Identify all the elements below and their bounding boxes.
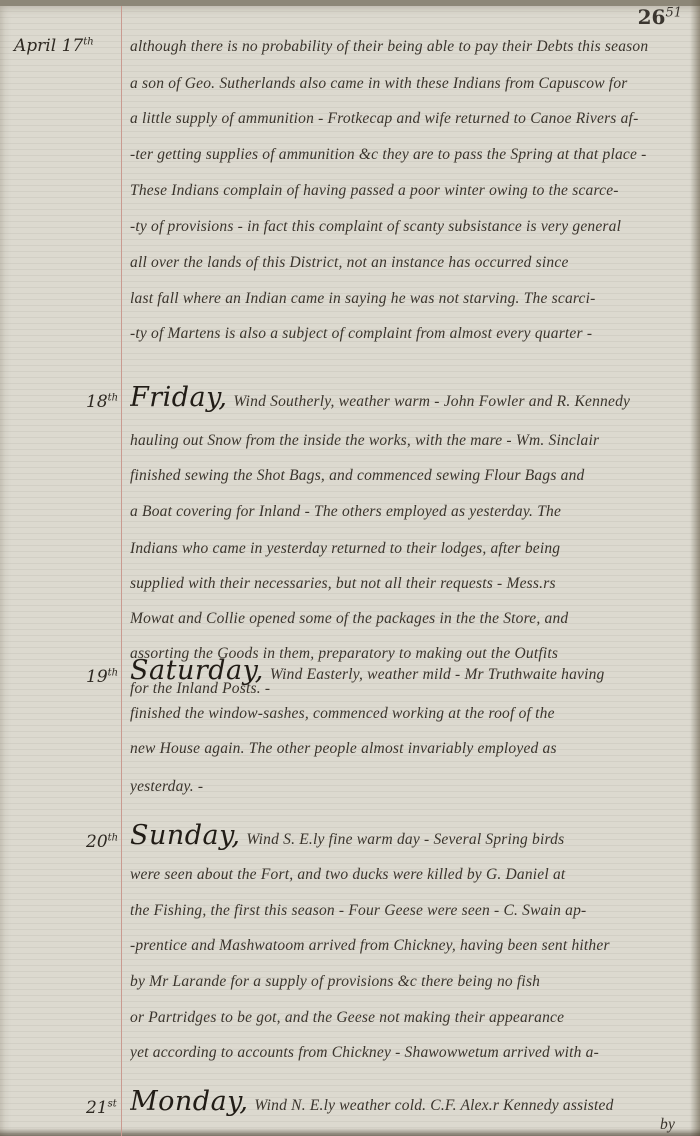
entry-line: by xyxy=(660,1116,700,1134)
entry-line: Indians who came in yesterday returned t… xyxy=(130,540,692,558)
entry-line: by Mr Larande for a supply of provisions… xyxy=(130,973,692,991)
entry-line: -ter getting supplies of ammunition &c t… xyxy=(130,146,692,164)
entry-line: new House again. The other people almost… xyxy=(130,740,692,758)
day-heading: Saturday, xyxy=(130,655,264,686)
entry-line: or Partridges to be got, and the Geese n… xyxy=(130,1009,692,1027)
entry-line: Saturday,Wind Easterly, weather mild - M… xyxy=(130,655,692,686)
entry-line: -ty of provisions - in fact this complai… xyxy=(130,218,692,236)
entry-date-20: 20th xyxy=(86,832,118,852)
entry-line: although there is no probability of thei… xyxy=(130,38,692,56)
entry-date-19: 19th xyxy=(86,667,118,687)
entry-line: -prentice and Mashwatoom arrived from Ch… xyxy=(130,937,692,955)
entry-line: yet according to accounts from Chickney … xyxy=(130,1044,692,1062)
entry-line: the Fishing, the first this season - Fou… xyxy=(130,902,692,920)
entry-line: Sunday,Wind S. E.ly fine warm day - Seve… xyxy=(130,820,692,851)
day-heading: Monday, xyxy=(130,1086,248,1117)
entry-date-apr17: April 17th xyxy=(14,36,94,56)
entry-line: a Boat covering for Inland - The others … xyxy=(130,503,692,521)
entry-line: Mowat and Collie opened some of the pack… xyxy=(130,610,692,628)
page-top-edge xyxy=(0,0,700,6)
entry-date-21: 21st xyxy=(86,1098,117,1118)
page-number-sup: 51 xyxy=(665,5,682,20)
day-heading: Sunday, xyxy=(130,820,240,851)
entry-date-18: 18th xyxy=(86,392,118,412)
entry-line: finished sewing the Shot Bags, and comme… xyxy=(130,467,692,485)
entry-line: Friday,Wind Southerly, weather warm - Jo… xyxy=(130,382,692,413)
entry-line: all over the lands of this District, not… xyxy=(130,254,692,272)
entry-line: These Indians complain of having passed … xyxy=(130,182,692,200)
entry-line: a son of Geo. Sutherlands also came in w… xyxy=(130,75,692,93)
entry-line: hauling out Snow from the inside the wor… xyxy=(130,432,692,450)
page-right-edge xyxy=(690,0,700,1136)
journal-page: 2651 April 17th although there is no pro… xyxy=(0,0,700,1136)
entry-line: supplied with their necessaries, but not… xyxy=(130,575,692,593)
entry-line: yesterday. - xyxy=(130,778,692,796)
page-number-main: 26 xyxy=(638,5,666,29)
margin-rule xyxy=(121,6,122,1136)
entry-line: a little supply of ammunition - Frotkeca… xyxy=(130,110,692,128)
entry-line: finished the window-sashes, commenced wo… xyxy=(130,705,692,723)
entry-line: Monday,Wind N. E.ly weather cold. C.F. A… xyxy=(130,1086,692,1117)
entry-line: were seen about the Fort, and two ducks … xyxy=(130,866,692,884)
entry-line: last fall where an Indian came in saying… xyxy=(130,290,692,308)
page-bottom-edge xyxy=(0,1128,700,1136)
day-heading: Friday, xyxy=(130,382,227,413)
entry-line: -ty of Martens is also a subject of comp… xyxy=(130,325,692,343)
page-number: 2651 xyxy=(638,5,682,29)
